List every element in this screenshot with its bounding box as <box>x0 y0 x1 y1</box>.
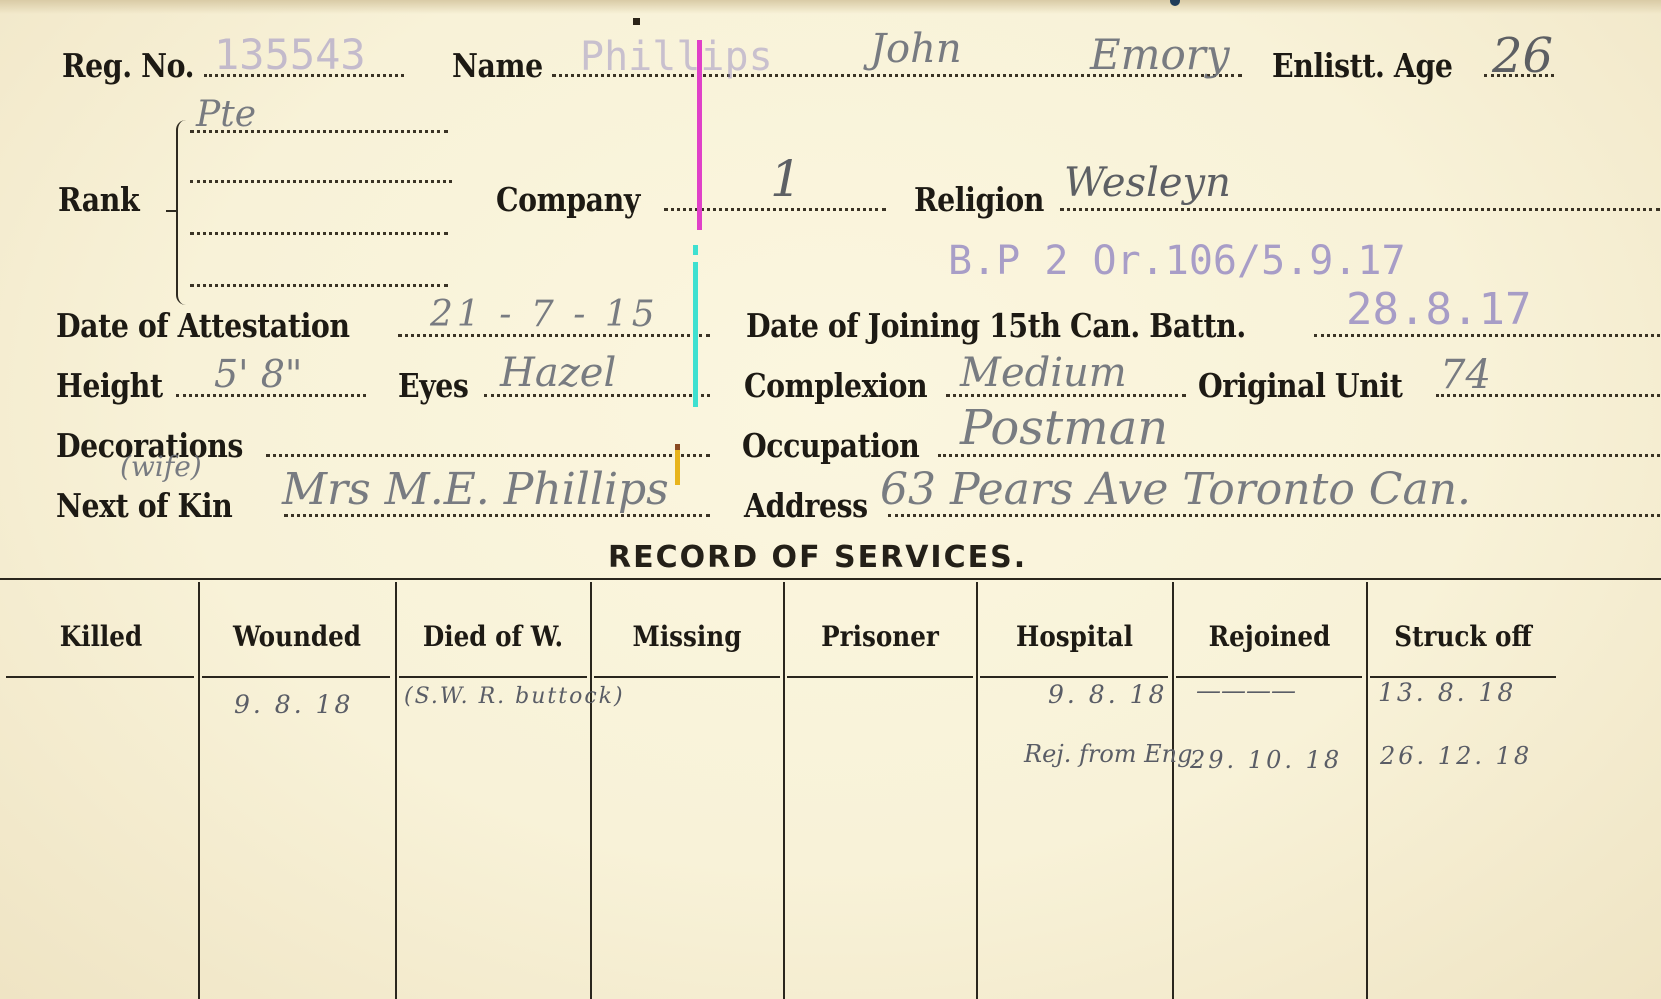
row1-wounded: 9. 8. 18 <box>234 690 353 719</box>
header-rule-hospital <box>980 676 1168 678</box>
reference-stamp: B.P 2 Or.106/5.9.17 <box>948 238 1406 284</box>
col-divider-2 <box>395 582 397 999</box>
occupation-value: Postman <box>960 400 1168 456</box>
col-header-prisoner: Prisoner <box>796 620 963 653</box>
row1-rejoined: ———— <box>1196 676 1296 705</box>
rank-dotline-2 <box>190 180 452 183</box>
row1-hospital: 9. 8. 18 <box>1048 680 1167 709</box>
row2-struck-off: 26. 12. 18 <box>1380 742 1532 770</box>
next-of-kin-label: Next of Kin <box>56 486 232 525</box>
decorations-dotline <box>266 454 710 457</box>
enlist-age-value: 26 <box>1492 28 1553 84</box>
eyes-label: Eyes <box>398 366 468 405</box>
religion-value: Wesleyn <box>1064 160 1231 206</box>
address-value: 63 Pears Ave Toronto Can. <box>880 464 1471 515</box>
col-header-wounded: Wounded <box>212 620 383 653</box>
row1-wound-note: (S.W. R. buttock) <box>404 684 625 709</box>
col-header-rejoined: Rejoined <box>1185 620 1353 653</box>
rank-brace-tip <box>166 210 178 212</box>
rank-dotline-4 <box>190 284 448 287</box>
name-label: Name <box>452 46 543 85</box>
name-surname-value: Phillips <box>580 34 773 80</box>
ink-mark <box>1170 0 1180 6</box>
rank-value: Pte <box>196 94 256 135</box>
cyan-marker-dash <box>693 245 698 255</box>
reg-no-label: Reg. No. <box>62 46 194 85</box>
rank-label: Rank <box>58 180 139 219</box>
original-unit-value: 74 <box>1440 352 1491 398</box>
religion-label: Religion <box>914 180 1044 219</box>
company-value: 1 <box>770 150 802 208</box>
cyan-marker-line <box>693 262 698 407</box>
date-attestation-label: Date of Attestation <box>56 306 350 345</box>
name-given-value: John <box>870 26 962 72</box>
header-rule-wounded <box>202 676 390 678</box>
rank-dotline-1 <box>190 130 448 133</box>
height-label: Height <box>56 366 163 405</box>
height-value: 5' 8" <box>214 352 302 396</box>
header-rule-missing <box>594 676 780 678</box>
col-header-struck-off: Struck off <box>1379 620 1546 653</box>
address-label: Address <box>744 486 868 525</box>
row1-struck-off: 13. 8. 18 <box>1378 678 1516 707</box>
name-middle-value: Emory <box>1090 30 1230 79</box>
row2-rejoined: 29. 10. 18 <box>1190 746 1342 774</box>
col-divider-7 <box>1366 582 1368 999</box>
col-header-killed: Killed <box>17 620 184 653</box>
date-joining-value: 28.8.17 <box>1346 284 1531 335</box>
ink-dot <box>633 18 640 25</box>
date-joining-label: Date of Joining 15th Can. Battn. <box>746 306 1246 345</box>
original-unit-label: Original Unit <box>1198 366 1402 405</box>
col-divider-6 <box>1172 582 1174 999</box>
col-divider-3 <box>590 582 592 999</box>
reg-no-value: 135543 <box>214 30 366 79</box>
enlist-age-label: Enlistt. Age <box>1272 46 1453 85</box>
service-record-card: Reg. No. 135543 Name Phillips John Emory… <box>0 0 1661 999</box>
pink-marker-line <box>697 40 702 230</box>
row2-hospital: Rej. from Eng. <box>1024 740 1200 768</box>
yellow-marker-line <box>675 444 680 485</box>
record-title: RECORD OF SERVICES. <box>608 540 1027 575</box>
col-divider-1 <box>198 582 200 999</box>
next-of-kin-value: Mrs M.E. Phillips <box>282 464 669 515</box>
eyes-value: Hazel <box>500 350 616 396</box>
header-rule-died <box>399 676 587 678</box>
complexion-label: Complexion <box>744 366 927 405</box>
complexion-value: Medium <box>960 350 1127 396</box>
rank-dotline-3 <box>190 232 448 235</box>
rank-brace <box>176 120 192 305</box>
col-header-died-of-wounds: Died of W. <box>409 620 578 653</box>
company-label: Company <box>496 180 640 219</box>
record-top-rule <box>0 578 1661 580</box>
occupation-label: Occupation <box>742 426 919 465</box>
header-rule-prisoner <box>787 676 973 678</box>
col-header-missing: Missing <box>603 620 770 653</box>
header-rule-killed <box>6 676 194 678</box>
col-divider-5 <box>976 582 978 999</box>
next-of-kin-relation: (wife) <box>120 450 202 483</box>
col-divider-4 <box>783 582 785 999</box>
religion-dotline <box>1060 208 1660 211</box>
date-attestation-value: 21 - 7 - 15 <box>430 294 659 335</box>
col-header-hospital: Hospital <box>990 620 1160 653</box>
